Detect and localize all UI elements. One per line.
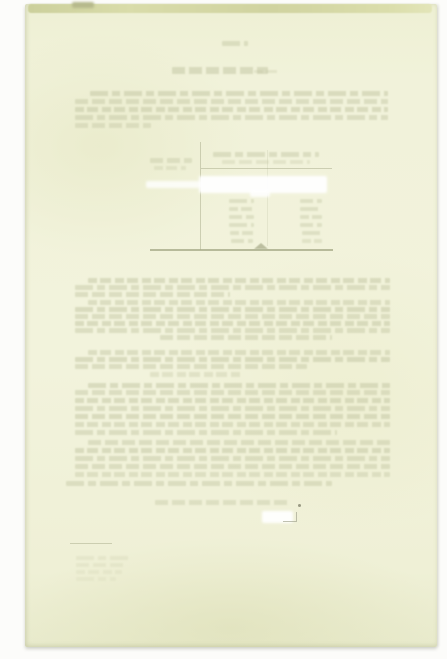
footnote-line <box>76 556 132 560</box>
body-text-line <box>75 398 390 403</box>
body-text-line <box>75 107 388 112</box>
page-number-smudge <box>222 41 248 46</box>
body-text-line <box>160 335 332 340</box>
body-text-line <box>88 350 390 355</box>
table-header-smudge <box>150 158 192 163</box>
whiteout-patch <box>250 190 270 197</box>
body-text-line <box>66 481 332 486</box>
body-text-line <box>75 115 388 120</box>
body-text-line <box>75 357 390 362</box>
body-text-line <box>75 123 151 128</box>
scanned-document <box>0 0 447 659</box>
ink-dot <box>298 504 301 507</box>
page <box>25 4 437 647</box>
body-text-line <box>88 383 390 388</box>
note-line-smudge <box>155 500 291 505</box>
table-cell-smudge <box>300 199 322 203</box>
table-cell-smudge <box>300 215 322 219</box>
body-text-line <box>75 321 390 326</box>
body-text-line <box>75 464 390 469</box>
footnote-line <box>76 570 122 574</box>
page-top-edge-notch <box>72 2 94 8</box>
table-header-smudge <box>213 152 319 157</box>
table-header-smudge <box>222 160 310 164</box>
footnote-line <box>76 563 126 567</box>
body-text-line <box>75 99 388 104</box>
table-bottom-rule <box>150 249 333 251</box>
table-cell-smudge <box>302 231 322 235</box>
body-text-line <box>75 406 390 411</box>
body-text-line <box>75 422 390 427</box>
whiteout-patch <box>146 181 202 188</box>
body-text-line <box>75 307 390 312</box>
body-text-line <box>150 372 242 377</box>
table-vertical-rule <box>200 142 201 250</box>
table-cell-smudge <box>230 231 254 235</box>
table-cell-smudge <box>229 215 254 219</box>
table-cell-smudge <box>229 199 254 203</box>
body-text-line <box>75 430 337 435</box>
body-text-line <box>90 91 388 96</box>
table-header-smudge <box>154 166 186 170</box>
table-cell-smudge <box>302 239 322 243</box>
body-text-line <box>75 390 390 395</box>
body-text-line <box>75 328 390 333</box>
pencil-mark <box>283 512 297 522</box>
body-text-line <box>75 414 390 419</box>
footnote-rule <box>70 543 112 544</box>
body-text-line <box>75 448 390 453</box>
body-text-line <box>88 278 390 283</box>
body-text-line <box>88 300 390 305</box>
footnote-line <box>76 577 116 581</box>
table-header-underline <box>201 168 332 169</box>
body-text-line <box>75 285 390 290</box>
body-text-line <box>75 364 307 369</box>
body-text-line <box>75 472 390 477</box>
body-text-line <box>75 314 390 319</box>
body-text-line <box>75 456 390 461</box>
table-cell-smudge <box>300 207 322 211</box>
heading-dash-smudge <box>254 70 278 73</box>
table-cell-smudge <box>300 223 322 227</box>
table-cell-smudge <box>231 239 253 243</box>
table-vertical-rule <box>267 150 268 246</box>
table-cell-smudge <box>229 223 254 227</box>
table-cell-smudge <box>229 207 254 211</box>
body-text-line <box>88 440 390 445</box>
body-text-line <box>75 292 230 297</box>
